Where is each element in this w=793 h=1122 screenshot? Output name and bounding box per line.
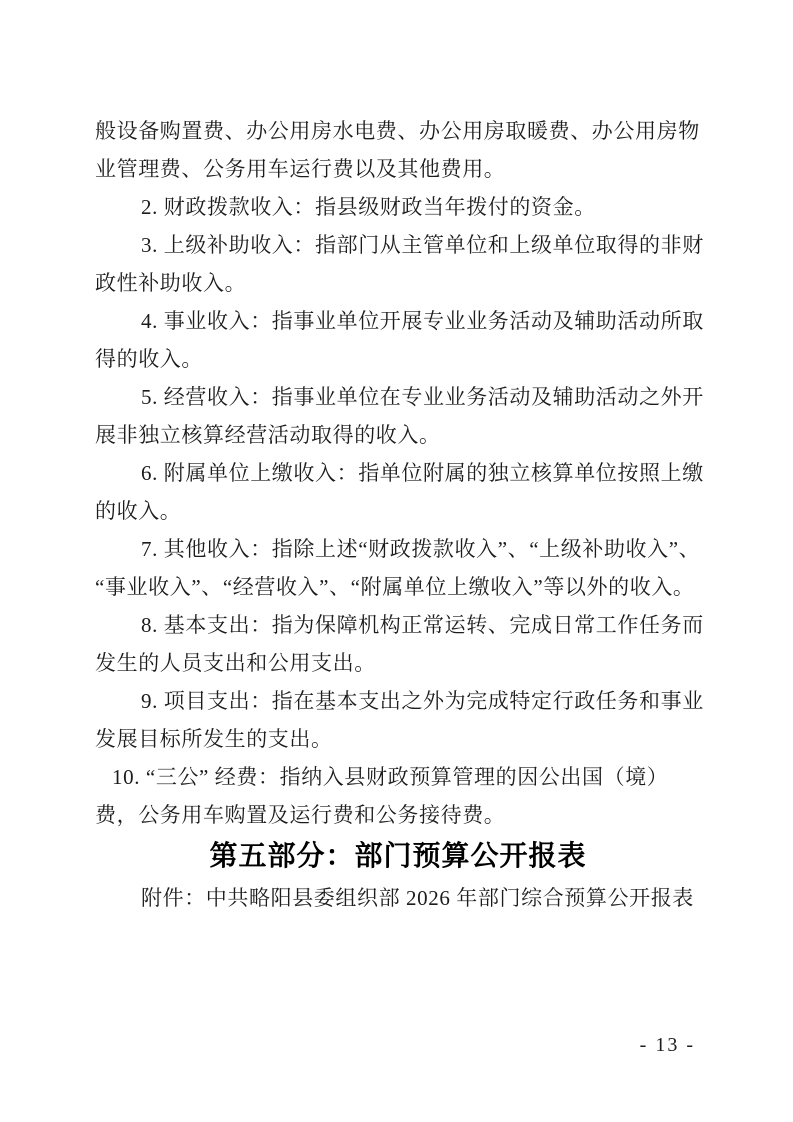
text-line: 发展目标所发生的支出。 [95,720,701,758]
text-line: 业管理费、公务用车运行费以及其他费用。 [95,150,701,188]
document-body: 般设备购置费、办公用房水电费、办公用房取暖费、办公用房物 业管理费、公务用车运行… [95,112,701,918]
text-line: 政性补助收入。 [95,264,701,302]
text-line: 3. 上级补助收入：指部门从主管单位和上级单位取得的非财 [95,226,701,264]
text-line: 展非独立核算经营活动取得的收入。 [95,416,701,454]
text-line: 10. “三公” 经费：指纳入县财政预算管理的因公出国（境） [95,758,701,796]
page-number: - 13 - [640,1034,695,1057]
attachment-line: 附件：中共略阳县委组织部 2026 年部门综合预算公开报表 [95,878,701,918]
text-line: “事业收入”、“经营收入”、“附属单位上缴收入”等以外的收入。 [95,568,701,606]
text-line: 5. 经营收入：指事业单位在专业业务活动及辅助活动之外开 [95,378,701,416]
text-line: 得的收入。 [95,340,701,378]
text-line: 6. 附属单位上缴收入：指单位附属的独立核算单位按照上缴 [95,454,701,492]
section-heading: 第五部分：部门预算公开报表 [95,834,701,878]
text-line: 4. 事业收入：指事业单位开展专业业务活动及辅助活动所取 [95,302,701,340]
text-line: 的收入。 [95,492,701,530]
text-line: 般设备购置费、办公用房水电费、办公用房取暖费、办公用房物 [95,112,701,150]
text-line: 9. 项目支出：指在基本支出之外为完成特定行政任务和事业 [95,682,701,720]
text-line: 8. 基本支出：指为保障机构正常运转、完成日常工作任务而 [95,606,701,644]
text-line: 7. 其他收入：指除上述“财政拨款收入”、“上级补助收入”、 [95,530,701,568]
text-line: 2. 财政拨款收入：指县级财政当年拨付的资金。 [95,188,701,226]
text-line: 发生的人员支出和公用支出。 [95,644,701,682]
text-line: 费，公务用车购置及运行费和公务接待费。 [95,796,701,834]
document-page: 般设备购置费、办公用房水电费、办公用房取暖费、办公用房物 业管理费、公务用车运行… [0,0,793,1122]
